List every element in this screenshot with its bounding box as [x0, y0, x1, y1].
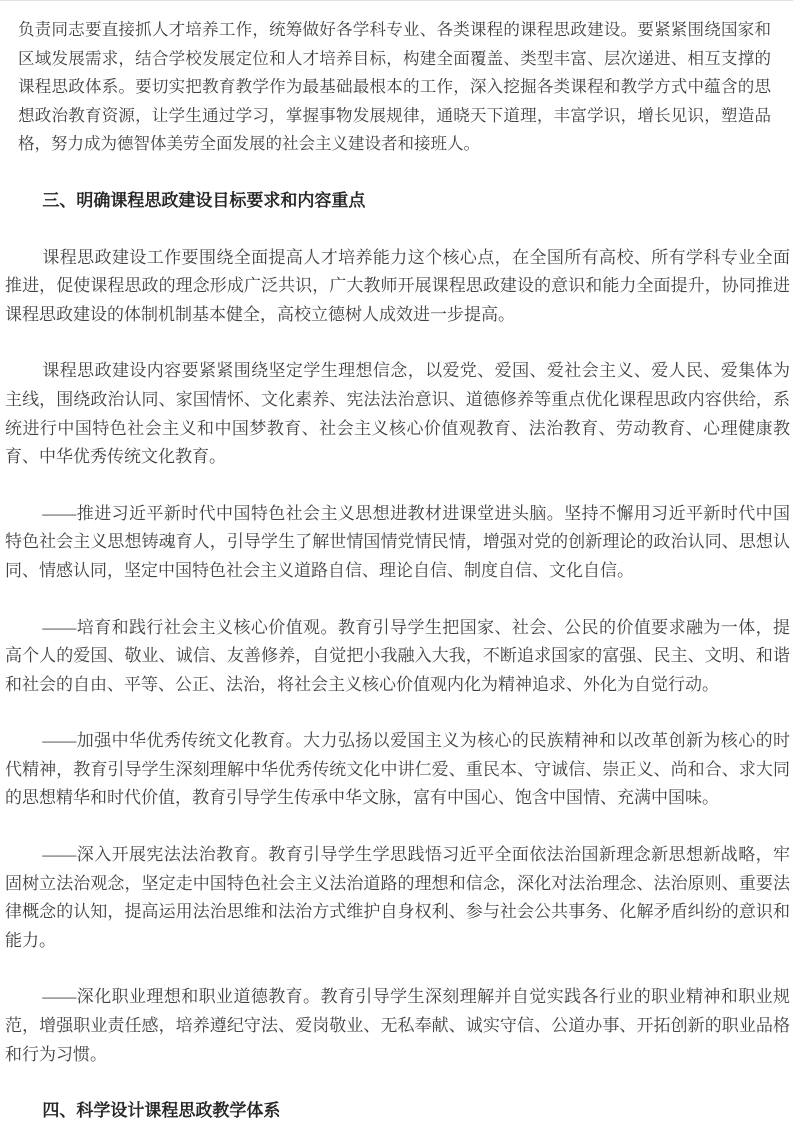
paragraph-dash-professional-ethics: ——深化职业理想和职业道德教育。教育引导学生深刻理解并自觉实践各行业的职业精神和…: [5, 983, 790, 1069]
heading-section-3-goals-and-content: 三、明确课程思政建设目标要求和内容重点: [5, 187, 790, 216]
paragraph-dash-constitution-law: ——深入开展宪法法治教育。教育引导学生学思践悟习近平全面依法治国新理念新思想新战…: [5, 841, 790, 955]
paragraph-dash-core-values: ——培育和践行社会主义核心价值观。教育引导学生把国家、社会、公民的价值要求融为一…: [5, 614, 790, 700]
heading-section-4-teaching-system: 四、科学设计课程思政教学体系: [5, 1097, 790, 1122]
document-page: 负责同志要直接抓人才培养工作，统筹做好各学科专业、各类课程的课程思政建设。要紧紧…: [0, 0, 793, 1122]
paragraph-talent-cultivation-continuation: 负责同志要直接抓人才培养工作，统筹做好各学科专业、各类课程的课程思政建设。要紧紧…: [18, 16, 771, 159]
paragraph-dash-xi-thought: ——推进习近平新时代中国特色社会主义思想进教材进课堂进头脑。坚持不懈用习近平新时…: [5, 500, 790, 586]
paragraph-overall-goal: 课程思政建设工作要围绕全面提高人才培养能力这个核心点，在全国所有高校、所有学科专…: [5, 244, 790, 330]
paragraph-content-focus: 课程思政建设内容要紧紧围绕坚定学生理想信念，以爱党、爱国、爱社会主义、爱人民、爱…: [5, 357, 790, 471]
paragraph-dash-traditional-culture: ——加强中华优秀传统文化教育。大力弘扬以爱国主义为核心的民族精神和以改革创新为核…: [5, 727, 790, 813]
